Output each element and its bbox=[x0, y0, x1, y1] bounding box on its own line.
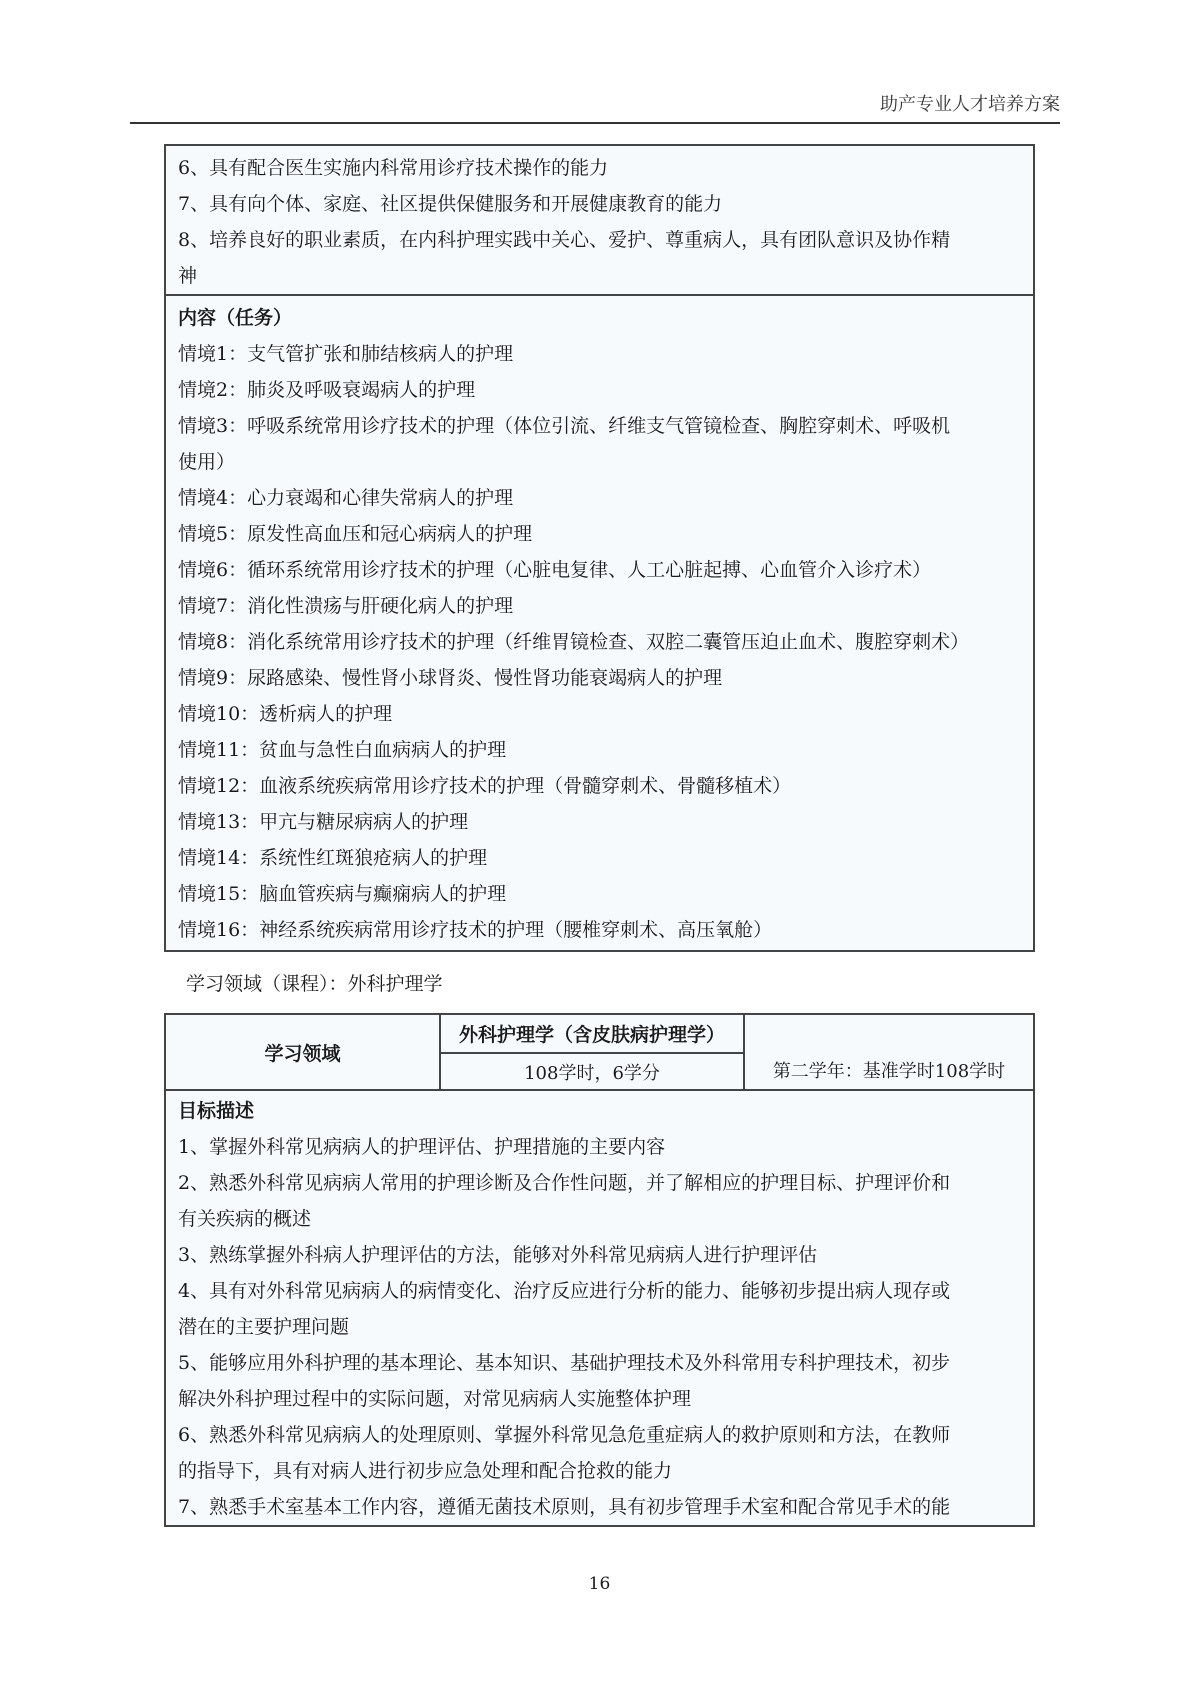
course-name: 外科护理学（含皮肤病护理学） bbox=[441, 1015, 743, 1054]
content-item: 情境10：透析病人的护理 bbox=[178, 696, 1021, 732]
content-item: 情境14：系统性红斑狼疮病人的护理 bbox=[178, 840, 1021, 876]
content-item: 情境7：消化性溃疡与肝硬化病人的护理 bbox=[178, 588, 1021, 624]
objective-line: 神 bbox=[178, 258, 1021, 294]
content-item: 情境6：循环系统常用诊疗技术的护理（心脏电复律、人工心脏起搏、心血管介入诊疗术） bbox=[178, 552, 1021, 588]
objective-line: 有关疾病的概述 bbox=[178, 1201, 1021, 1237]
learning-domain-label: 学习领域 bbox=[166, 1015, 441, 1089]
content-item: 情境11：贫血与急性白血病病人的护理 bbox=[178, 732, 1021, 768]
course-header-row: 学习领域 外科护理学（含皮肤病护理学） 108学时，6学分 第二学年：基准学时1… bbox=[166, 1015, 1033, 1091]
objective-line: 6、熟悉外科常见病病人的处理原则、掌握外科常见急危重症病人的救护原则和方法，在教… bbox=[178, 1417, 1021, 1453]
content-item: 情境16：神经系统疾病常用诊疗技术的护理（腰椎穿刺术、高压氧舱） bbox=[178, 912, 1021, 948]
year-hours: 第二学年：基准学时108学时 bbox=[745, 1015, 1033, 1089]
objective-line: 6、具有配合医生实施内科常用诊疗技术操作的能力 bbox=[178, 150, 1021, 186]
objective-line: 潜在的主要护理问题 bbox=[178, 1309, 1021, 1345]
content-cell: 内容（任务） 情境1：支气管扩张和肺结核病人的护理 情境2：肺炎及呼吸衰竭病人的… bbox=[166, 296, 1033, 950]
objective-line: 1、掌握外科常见病病人的护理评估、护理措施的主要内容 bbox=[178, 1129, 1021, 1165]
content-item: 使用） bbox=[178, 444, 1021, 480]
objective-line: 2、熟悉外科常见病病人常用的护理诊断及合作性问题，并了解相应的护理目标、护理评价… bbox=[178, 1165, 1021, 1201]
content-item: 情境5：原发性高血压和冠心病病人的护理 bbox=[178, 516, 1021, 552]
content-item: 情境3：呼吸系统常用诊疗技术的护理（体位引流、纤维支气管镜检查、胸腔穿刺术、呼吸… bbox=[178, 408, 1021, 444]
objective-line: 4、具有对外科常见病病人的病情变化、治疗反应进行分析的能力、能够初步提出病人现存… bbox=[178, 1273, 1021, 1309]
objectives-cell: 目标描述 1、掌握外科常见病病人的护理评估、护理措施的主要内容 2、熟悉外科常见… bbox=[166, 1091, 1033, 1525]
internal-medicine-course-table: 6、具有配合医生实施内科常用诊疗技术操作的能力 7、具有向个体、家庭、社区提供保… bbox=[164, 144, 1035, 952]
content-item: 情境15：脑血管疾病与癫痫病人的护理 bbox=[178, 876, 1021, 912]
content-item: 情境9：尿路感染、慢性肾小球肾炎、慢性肾功能衰竭病人的护理 bbox=[178, 660, 1021, 696]
surgical-nursing-course-table: 学习领域 外科护理学（含皮肤病护理学） 108学时，6学分 第二学年：基准学时1… bbox=[164, 1013, 1035, 1527]
content-item: 情境13：甲亢与糖尿病病人的护理 bbox=[178, 804, 1021, 840]
content-item: 情境8：消化系统常用诊疗技术的护理（纤维胃镜检查、双腔二囊管压迫止血术、腹腔穿刺… bbox=[178, 624, 1021, 660]
content-heading: 内容（任务） bbox=[178, 300, 1021, 336]
content-item: 情境12：血液系统疾病常用诊疗技术的护理（骨髓穿刺术、骨髓移植术） bbox=[178, 768, 1021, 804]
content-item: 情境1：支气管扩张和肺结核病人的护理 bbox=[178, 336, 1021, 372]
objective-line: 解决外科护理过程中的实际问题，对常见病病人实施整体护理 bbox=[178, 1381, 1021, 1417]
objective-line: 5、能够应用外科护理的基本理论、基本知识、基础护理技术及外科常用专科护理技术，初… bbox=[178, 1345, 1021, 1381]
objectives-continued-cell: 6、具有配合医生实施内科常用诊疗技术操作的能力 7、具有向个体、家庭、社区提供保… bbox=[166, 146, 1033, 294]
page-number: 16 bbox=[0, 1572, 1199, 1596]
objective-line: 8、培养良好的职业素质，在内科护理实践中关心、爱护、尊重病人，具有团队意识及协作… bbox=[178, 222, 1021, 258]
objective-line: 3、熟练掌握外科病人护理评估的方法，能够对外科常见病病人进行护理评估 bbox=[178, 1237, 1021, 1273]
hours-credits: 108学时，6学分 bbox=[441, 1054, 743, 1089]
objective-line: 的指导下，具有对病人进行初步应急处理和配合抢救的能力 bbox=[178, 1453, 1021, 1489]
objectives-heading: 目标描述 bbox=[178, 1093, 1021, 1129]
course-info-cell: 外科护理学（含皮肤病护理学） 108学时，6学分 bbox=[441, 1015, 745, 1089]
section-caption: 学习领域（课程）：外科护理学 bbox=[186, 966, 443, 1002]
content-item: 情境2：肺炎及呼吸衰竭病人的护理 bbox=[178, 372, 1021, 408]
content-item: 情境4：心力衰竭和心律失常病人的护理 bbox=[178, 480, 1021, 516]
page-header: 助产专业人才培养方案 bbox=[130, 88, 1060, 124]
objective-line: 7、熟悉手术室基本工作内容，遵循无菌技术原则，具有初步管理手术室和配合常见手术的… bbox=[178, 1489, 1021, 1525]
objective-line: 7、具有向个体、家庭、社区提供保健服务和开展健康教育的能力 bbox=[178, 186, 1021, 222]
document-title: 助产专业人才培养方案 bbox=[880, 94, 1060, 115]
